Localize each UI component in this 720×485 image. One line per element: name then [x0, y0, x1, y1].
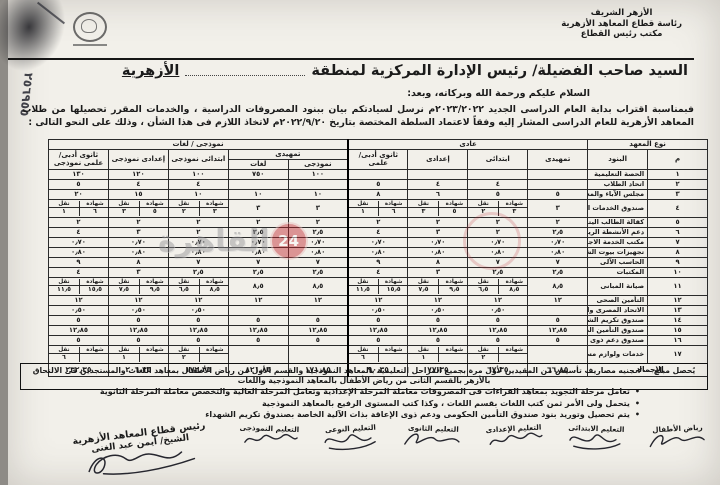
row-number: ١٤: [648, 316, 708, 326]
fee-value-cell: ٧: [168, 258, 228, 268]
naql-value: ١: [348, 208, 378, 216]
fee-value-cell: ٢: [408, 218, 468, 228]
row-number: ٨: [648, 248, 708, 258]
shahada-value: ٩٫٥: [139, 286, 168, 294]
fee-value-cell: [408, 170, 468, 180]
fee-value-cell: ٥: [49, 180, 109, 190]
department-signatures: رياض الأطفالالتعليم الابتدائىالتعليم الإ…: [233, 424, 714, 455]
fee-value-cell: ١٢٫٨٥: [348, 326, 408, 336]
row-number: ١١: [648, 278, 708, 296]
fee-value-cell: شهادةنقل٢: [168, 346, 228, 364]
fee-value-cell: ٤: [168, 180, 228, 190]
adi-col-header: ابتدائى: [468, 150, 528, 170]
fee-value-cell: ٨٫٥: [528, 278, 588, 296]
table-row: ٦دعم الأنشطة الرياضية٢٫٥٢٣٤٢٫٥٢٫٥٢٣٤: [49, 228, 708, 238]
fee-value-cell: ٥: [108, 336, 168, 346]
naql-value: ٢: [169, 208, 199, 216]
signature-block: التعليم الإعدادى: [478, 422, 552, 457]
table-row: ٢اتحاد الطلاب٤٤٥٤٤٥: [49, 180, 708, 190]
fee-value-cell: ٨٫٥: [288, 278, 348, 296]
namouzagi-col-header: ابتدائى نموذجى: [168, 150, 228, 170]
row-number: ٧: [648, 238, 708, 248]
fee-value-cell: ٠٫٥٠: [168, 306, 228, 316]
fee-value-cell: ٢٠: [49, 190, 109, 200]
fee-value-cell: ٠٫٥٠: [408, 306, 468, 316]
fee-value-cell: ٣: [228, 200, 288, 218]
fee-value-cell: ٩: [49, 258, 109, 268]
row-number: ١٦: [648, 336, 708, 346]
naql-value: ٦: [49, 354, 79, 362]
fees-table: نوع المعهد عادى نموذجى / لغات مالبنودتمه…: [48, 139, 708, 377]
fee-value-cell: [528, 170, 588, 180]
fee-value-cell: ٢: [168, 228, 228, 238]
note-bullet: يتحمل ولى الأمر ثمن كتب اللغات بقسم اللغ…: [28, 399, 640, 408]
fee-value-cell: شهادةنقل٦: [348, 346, 408, 364]
fee-value-cell: ٣: [408, 228, 468, 238]
fee-value-cell: ٢: [49, 218, 109, 228]
group-header-namouzagi: نموذجى / لغات: [49, 140, 349, 150]
fee-value-cell: ٢٫٥: [168, 268, 228, 278]
fee-value-cell: شهادةنقل٢: [468, 346, 528, 364]
fee-value-cell: شهادةنقل٩٫٥٧٫٥: [408, 278, 468, 296]
row-number: ٤: [648, 200, 708, 218]
fee-value-cell: ٨٫٥: [228, 278, 288, 296]
fee-value-cell: ٥: [49, 336, 109, 346]
fee-value-cell: ١٢: [468, 296, 528, 306]
naql-value: ٦٫٥: [468, 286, 498, 294]
items-column-header: البنود: [588, 150, 648, 170]
fee-value-cell: ٣: [108, 268, 168, 278]
fee-value-cell: ٥: [348, 336, 408, 346]
shahada-value: [438, 354, 467, 362]
fee-value-cell: [228, 306, 288, 316]
boxed-note: يُحصل مبلغ ٢٠٠ جنيه مصاريف تأسيس من المق…: [20, 363, 708, 390]
fee-value-cell: ٢٫٥: [528, 268, 588, 278]
fee-value-cell: ٦: [408, 190, 468, 200]
fee-value-cell: ٠٫٥٠: [468, 306, 528, 316]
naql-value: ٢: [468, 354, 498, 362]
shahada-value: [199, 354, 228, 362]
row-number: ١٥: [648, 326, 708, 336]
fee-item-label: خدمات ولوازم مستجدات النقل: [588, 346, 648, 364]
fee-item-label: كفالة الطالب اليتيم: [588, 218, 648, 228]
fee-item-label: مكتب الخدمة الاجتماعية: [588, 238, 648, 248]
fee-value-cell: ٥: [468, 190, 528, 200]
naql-value: ٦: [348, 354, 378, 362]
fee-value-cell: ١٢٫٨٥: [49, 326, 109, 336]
adi-col-header: إعدادى: [408, 150, 468, 170]
fee-value-cell: ٥: [468, 336, 528, 346]
table-row: ٨تجهيزات بيوت الشباب٠٫٨٠٠٫٨٠٠٫٨٠٠٫٨٠٠٫٨٠…: [49, 248, 708, 258]
fee-item-label: مجلس الآباء والمعلمين: [588, 190, 648, 200]
tamhidi-namouzagi-subheader: نموذجى: [288, 160, 348, 170]
table-row: ٧مكتب الخدمة الاجتماعية٠٫٧٠٠٫٧٠٠٫٧٠٠٫٧٠٠…: [49, 238, 708, 248]
fee-value-cell: ٠٫٧٠: [108, 238, 168, 248]
fee-value-cell: ٥: [168, 336, 228, 346]
shahada-value: ٦: [378, 208, 408, 216]
fee-value-cell: ١٢: [528, 296, 588, 306]
fee-item-label: الحاسب الآلى: [588, 258, 648, 268]
fee-value-cell: شهادةنقل٨٫٥٦٫٥: [168, 278, 228, 296]
group-header-adi: عادى: [348, 140, 588, 150]
naql-value: ٢: [169, 354, 199, 362]
shahada-subheader: شهادة: [498, 347, 527, 354]
fee-value-cell: [228, 346, 288, 364]
fee-value-cell: ٨: [348, 190, 408, 200]
fee-value-cell: ٨: [408, 258, 468, 268]
fee-item-label: المكتبات: [588, 268, 648, 278]
fee-value-cell: ٠٫٨٠: [468, 248, 528, 258]
naql-value: ٢: [468, 208, 498, 216]
note-bullet: تعامل مرحلة التجويد بمعاهد القراءات فى ا…: [28, 387, 640, 396]
fee-value-cell: ٠٫٨٠: [168, 248, 228, 258]
adi-col-header: تمهيدى: [528, 150, 588, 170]
fee-value-cell: ٤: [468, 180, 528, 190]
fee-value-cell: ١٢٫٨٥: [468, 326, 528, 336]
fee-value-cell: ٤: [408, 180, 468, 190]
fee-value-cell: ٠٫٥٠: [49, 306, 109, 316]
fee-value-cell: ٢: [108, 218, 168, 228]
fee-value-cell: ١٠: [288, 190, 348, 200]
fee-value-cell: شهادةنقل١: [408, 346, 468, 364]
table-row: ١٥صندوق التأمين الحكومى١٢٫٨٥١٢٫٨٥١٢٫٨٥١٢…: [49, 326, 708, 336]
adi-col-header: ثانوى أدبى/ علمى: [348, 150, 408, 170]
fee-value-cell: ١٢٫٨٥: [168, 326, 228, 336]
shahada-value: ٨٫٥: [498, 286, 527, 294]
fee-item-label: صيانة المبانى: [588, 278, 648, 296]
fee-value-cell: شهادةنقل٩٫٥٧٫٥: [108, 278, 168, 296]
fee-value-cell: ١٠: [168, 190, 228, 200]
fee-value-cell: ١٢: [228, 296, 288, 306]
fee-value-cell: ٢: [468, 228, 528, 238]
fee-value-cell: ١٢: [408, 296, 468, 306]
naql-value: ٦٫٥: [169, 286, 199, 294]
fee-item-label: دعم الأنشطة الرياضية: [588, 228, 648, 238]
scanned-document: { "letterhead": { "line1": "الأزهر الشري…: [0, 0, 720, 485]
fee-value-cell: ٢٫٥: [288, 268, 348, 278]
fee-value-cell: ٧: [228, 258, 288, 268]
fee-value-cell: ٧: [468, 258, 528, 268]
fee-value-cell: ١٢: [168, 296, 228, 306]
shahada-value: ٣: [199, 208, 228, 216]
table-row: ١٦صندوق دعم ذوى الإعاقة٥٥٥٥٥٥٥٥٥: [49, 336, 708, 346]
shahada-value: ٥: [139, 208, 168, 216]
fee-value-cell: ١٢٫٨٥: [528, 326, 588, 336]
signature-block: التعليم الابتدائى: [560, 423, 633, 456]
fee-value-cell: ٢: [288, 218, 348, 228]
fee-item-label: صندوق التأمين الحكومى: [588, 326, 648, 336]
row-number: ٣: [648, 190, 708, 200]
fee-value-cell: ٠٫٨٠: [348, 248, 408, 258]
letterhead-sector: رئاسة قطاع المعاهد الأزهرية: [561, 19, 682, 30]
fee-value-cell: شهادةنقل١٥٫٥١١٫٥: [348, 278, 408, 296]
signature-block: التعليم النوعى: [314, 422, 388, 457]
shahada-value: [498, 354, 527, 362]
fee-value-cell: ٧٥٠: [228, 170, 288, 180]
letterhead-org: الأزهر الشريف: [561, 8, 682, 19]
fee-value-cell: ١٢٫٨٥: [288, 326, 348, 336]
shahada-value: ٩٫٥: [438, 286, 467, 294]
row-number: ٢: [648, 180, 708, 190]
fee-value-cell: ٩: [348, 258, 408, 268]
fee-value-cell: ٠٫٥٠: [108, 306, 168, 316]
row-number: ٥: [648, 218, 708, 228]
naql-value: ١١٫٥: [348, 286, 378, 294]
table-row: ٥كفالة الطالب اليتيم٢٢٢٢٢٢٢٢٢: [49, 218, 708, 228]
fee-value-cell: [528, 180, 588, 190]
table-row: ١الحصة التعليمية١٠٠٧٥٠١٠٠١٢٠١٣٠: [49, 170, 708, 180]
table-row: ١٧خدمات ولوازم مستجدات النقلشهادةنقل٢شها…: [49, 346, 708, 364]
fee-value-cell: ٢: [468, 218, 528, 228]
fee-value-cell: [228, 180, 288, 190]
fee-item-label: الاتحاد المصرى والرياضة المدرسية: [588, 306, 648, 316]
fee-value-cell: ٢٫٥: [228, 228, 288, 238]
title-dotted-blank: [185, 75, 305, 76]
table-row: ١٣الاتحاد المصرى والرياضة المدرسية٠٫٥٠٠٫…: [49, 306, 708, 316]
fee-value-cell: ١٠٠: [168, 170, 228, 180]
shahada-subheader: شهادة: [438, 347, 467, 354]
row-number: ١٣: [648, 306, 708, 316]
fee-value-cell: [468, 170, 528, 180]
fee-value-cell: ٣: [288, 200, 348, 218]
fee-value-cell: ١٠٠: [288, 170, 348, 180]
fee-value-cell: ٤: [348, 268, 408, 278]
fee-value-cell: ٣: [408, 268, 468, 278]
fee-value-cell: ٠٫٨٠: [228, 248, 288, 258]
fee-value-cell: ٥: [528, 316, 588, 326]
table-row: ١٢التأمين الصحى١٢١٢١٢١٢١٢١٢١٢١٢١٢: [49, 296, 708, 306]
fee-value-cell: ٠٫٨٠: [288, 248, 348, 258]
fee-value-cell: ٢٫٥: [528, 228, 588, 238]
fee-value-cell: شهادةنقل٥٣: [408, 200, 468, 218]
fee-value-cell: [288, 346, 348, 364]
fee-value-cell: شهادةنقل٣٢: [468, 200, 528, 218]
fee-item-label: صندوق تكريم الشهداء: [588, 316, 648, 326]
fee-value-cell: ١٢: [49, 296, 109, 306]
fee-item-label: التأمين الصحى: [588, 296, 648, 306]
naql-value: ٣: [408, 208, 438, 216]
fee-value-cell: ٢: [228, 218, 288, 228]
tamhidi-n-header: تمهيدى: [228, 150, 348, 160]
fee-item-label: صندوق الخدمات التعاونية: [588, 200, 648, 218]
row-number: ١٢: [648, 296, 708, 306]
fee-value-cell: ٠٫٧٠: [528, 238, 588, 248]
shahada-subheader: شهادة: [199, 347, 228, 354]
header-divider: [8, 58, 694, 60]
notes-list: تعامل مرحلة التجويد بمعاهد القراءات فى ا…: [28, 387, 640, 422]
table-row: ٣مجلس الآباء والمعلمين٥٥٦٨١٠١٠١٠١٥٢٠: [49, 190, 708, 200]
fee-value-cell: ٠٫٧٠: [168, 238, 228, 248]
fee-value-cell: ٠٫٧٠: [408, 238, 468, 248]
namouzagi-col-header: ثانوى أدبى/علمى نموذجى: [49, 150, 109, 170]
shahada-value: ٥: [438, 208, 467, 216]
table-row: ١٠المكتبات٢٫٥٢٫٥٣٤٢٫٥٢٫٥٢٫٥٣٤: [49, 268, 708, 278]
tamhidi-loghat-subheader: لغات: [228, 160, 288, 170]
letterhead: الأزهر الشريف رئاسة قطاع المعاهد الأزهري…: [561, 8, 682, 40]
fee-value-cell: شهادةنقل١: [108, 346, 168, 364]
fee-value-cell: ٥: [468, 316, 528, 326]
fee-value-cell: ٢٫٥: [228, 268, 288, 278]
fee-value-cell: ٢: [348, 218, 408, 228]
row-number: ٩: [648, 258, 708, 268]
intro-paragraph: فبمناسبة اقتراب بداية العام الدراسى الجد…: [22, 103, 694, 130]
row-number: ٦: [648, 228, 708, 238]
fee-value-cell: ٢٫٥: [468, 268, 528, 278]
signature-block: التعليم النموذجى: [232, 423, 305, 456]
table-row: ٤صندوق الخدمات التعاونية٣شهادةنقل٣٢شهادة…: [49, 200, 708, 218]
fee-value-cell: ٠٫٧٠: [468, 238, 528, 248]
corner-header: نوع المعهد: [588, 140, 708, 150]
shahada-value: [139, 354, 168, 362]
fee-value-cell: ٠٫٧٠: [228, 238, 288, 248]
shahada-value: ٦: [79, 208, 108, 216]
fee-value-cell: ١٢٫٨٥: [108, 326, 168, 336]
fee-value-cell: ٠٫٨٠: [528, 248, 588, 258]
fee-value-cell: شهادةنقل٦١: [348, 200, 408, 218]
no-column-header: م: [648, 150, 708, 170]
document-page: ٢٥٦٩٥٥ الأزهر الشريف رئاسة قطاع المعاهد …: [8, 0, 720, 485]
naql-value: ١: [109, 354, 139, 362]
fee-value-cell: ٠٫٧٠: [288, 238, 348, 248]
naql-value: ٣: [109, 208, 139, 216]
fee-value-cell: ٠٫٧٠: [348, 238, 408, 248]
shahada-value: ٣: [498, 208, 527, 216]
table-row: ٩الحاسب الآلى٧٧٨٩٧٧٧٨٩: [49, 258, 708, 268]
fee-item-label: صندوق دعم ذوى الإعاقة: [588, 336, 648, 346]
shahada-subheader: شهادة: [79, 347, 108, 354]
fee-value-cell: [348, 170, 408, 180]
fee-value-cell: ٠٫٥٠: [348, 306, 408, 316]
title-main: السيد صاحب الفضيلة/ رئيس الإدارة المركزي…: [311, 63, 688, 79]
fee-value-cell: ١٢: [108, 296, 168, 306]
fee-item-label: الحصة التعليمية: [588, 170, 648, 180]
naql-value: ١: [49, 208, 79, 216]
fee-value-cell: ٥: [528, 190, 588, 200]
shahada-value: [378, 354, 408, 362]
shahada-subheader: شهادة: [378, 347, 408, 354]
fee-value-cell: ٥: [348, 180, 408, 190]
naql-value: ٧٫٥: [109, 286, 139, 294]
naql-value: ١: [408, 354, 438, 362]
fee-value-cell: ٥: [49, 316, 109, 326]
fee-value-cell: ٤: [49, 268, 109, 278]
naql-value: ٧٫٥: [408, 286, 438, 294]
fee-value-cell: [288, 180, 348, 190]
fee-value-cell: ٥: [348, 316, 408, 326]
fee-value-cell: ١٢: [348, 296, 408, 306]
fee-value-cell: شهادةنقل٥٣: [108, 200, 168, 218]
fee-value-cell: ٨: [108, 258, 168, 268]
fee-value-cell: ٢: [528, 218, 588, 228]
fee-value-cell: ٤: [348, 228, 408, 238]
fee-value-cell: ٥: [228, 316, 288, 326]
fee-value-cell: ٢٫٥: [288, 228, 348, 238]
fee-value-cell: ١٥: [108, 190, 168, 200]
fee-value-cell: ٥: [168, 316, 228, 326]
fee-value-cell: ٢: [168, 218, 228, 228]
fee-value-cell: ١٠: [228, 190, 288, 200]
fee-value-cell: ٥: [408, 336, 468, 346]
fee-value-cell: ١٢٫٨٥: [408, 326, 468, 336]
row-number: ١: [648, 170, 708, 180]
row-number: ١٧: [648, 346, 708, 364]
shahada-value: ١٥٫٥: [378, 286, 408, 294]
fee-value-cell: ٣: [528, 200, 588, 218]
fee-value-cell: شهادةنقل٦١: [49, 200, 109, 218]
signature-block: رياض الأطفال: [641, 422, 715, 457]
note-bullet: يتم تحصيل وتوريد بنود صندوق التأمين الحك…: [28, 410, 640, 419]
namouzagi-col-header: إعدادى نموذجى: [108, 150, 168, 170]
chief-signature-block: رئيس قطاع المعاهد الأزهرية الشيخ/ أيمن ع…: [44, 417, 238, 485]
fee-value-cell: ١٢٫٨٥: [228, 326, 288, 336]
fee-value-cell: ٥: [528, 336, 588, 346]
fee-value-cell: شهادةنقل٦: [49, 346, 109, 364]
fee-value-cell: ٥: [228, 336, 288, 346]
title-suffix: الأزهرية: [122, 63, 179, 79]
fee-value-cell: ٥: [408, 316, 468, 326]
fee-value-cell: شهادةنقل٨٫٥٦٫٥: [468, 278, 528, 296]
fee-value-cell: ١٢: [288, 296, 348, 306]
fee-value-cell: ٧: [288, 258, 348, 268]
letter-title: السيد صاحب الفضيلة/ رئيس الإدارة المركزي…: [32, 63, 688, 79]
salutation: السلام عليكم ورحمة الله وبركاته، وبعد:: [407, 88, 590, 99]
shahada-value: ١٥٫٥: [79, 286, 108, 294]
shahada-value: [79, 354, 108, 362]
fee-value-cell: ١٣٠: [49, 170, 109, 180]
table-row: ١٤صندوق تكريم الشهداء٥٥٥٥٥٥٥٥٥: [49, 316, 708, 326]
shahada-subheader: شهادة: [139, 347, 168, 354]
fee-value-cell: [528, 346, 588, 364]
naql-value: ١١٫٥: [49, 286, 79, 294]
fee-value-cell: ٣: [108, 228, 168, 238]
fee-value-cell: ٥: [288, 336, 348, 346]
fee-value-cell: شهادةنقل١٥٫٥١١٫٥: [49, 278, 109, 296]
fee-value-cell: [528, 306, 588, 316]
fee-value-cell: [288, 306, 348, 316]
fee-value-cell: ٠٫٨٠: [408, 248, 468, 258]
row-number: ١٠: [648, 268, 708, 278]
fee-value-cell: ٤: [108, 180, 168, 190]
shahada-value: ٨٫٥: [199, 286, 228, 294]
fee-value-cell: ٥: [108, 316, 168, 326]
signature-block: التعليم الثانوى: [396, 423, 469, 456]
fee-value-cell: ١٢٠: [108, 170, 168, 180]
fee-value-cell: شهادةنقل٣٢: [168, 200, 228, 218]
azhar-emblem-icon: [70, 12, 110, 46]
fee-item-label: تجهيزات بيوت الشباب: [588, 248, 648, 258]
fee-item-label: اتحاد الطلاب: [588, 180, 648, 190]
fee-value-cell: ٠٫٧٠: [49, 238, 109, 248]
fee-value-cell: ٠٫٨٠: [108, 248, 168, 258]
fee-value-cell: ٠٫٨٠: [49, 248, 109, 258]
table-row: ١١صيانة المبانى٨٫٥شهادةنقل٨٫٥٦٫٥شهادةنقل…: [49, 278, 708, 296]
fee-value-cell: ٧: [528, 258, 588, 268]
fee-value-cell: ٥: [288, 316, 348, 326]
fee-value-cell: ٤: [49, 228, 109, 238]
letterhead-office: مكتب رئيس القطاع: [561, 29, 682, 40]
